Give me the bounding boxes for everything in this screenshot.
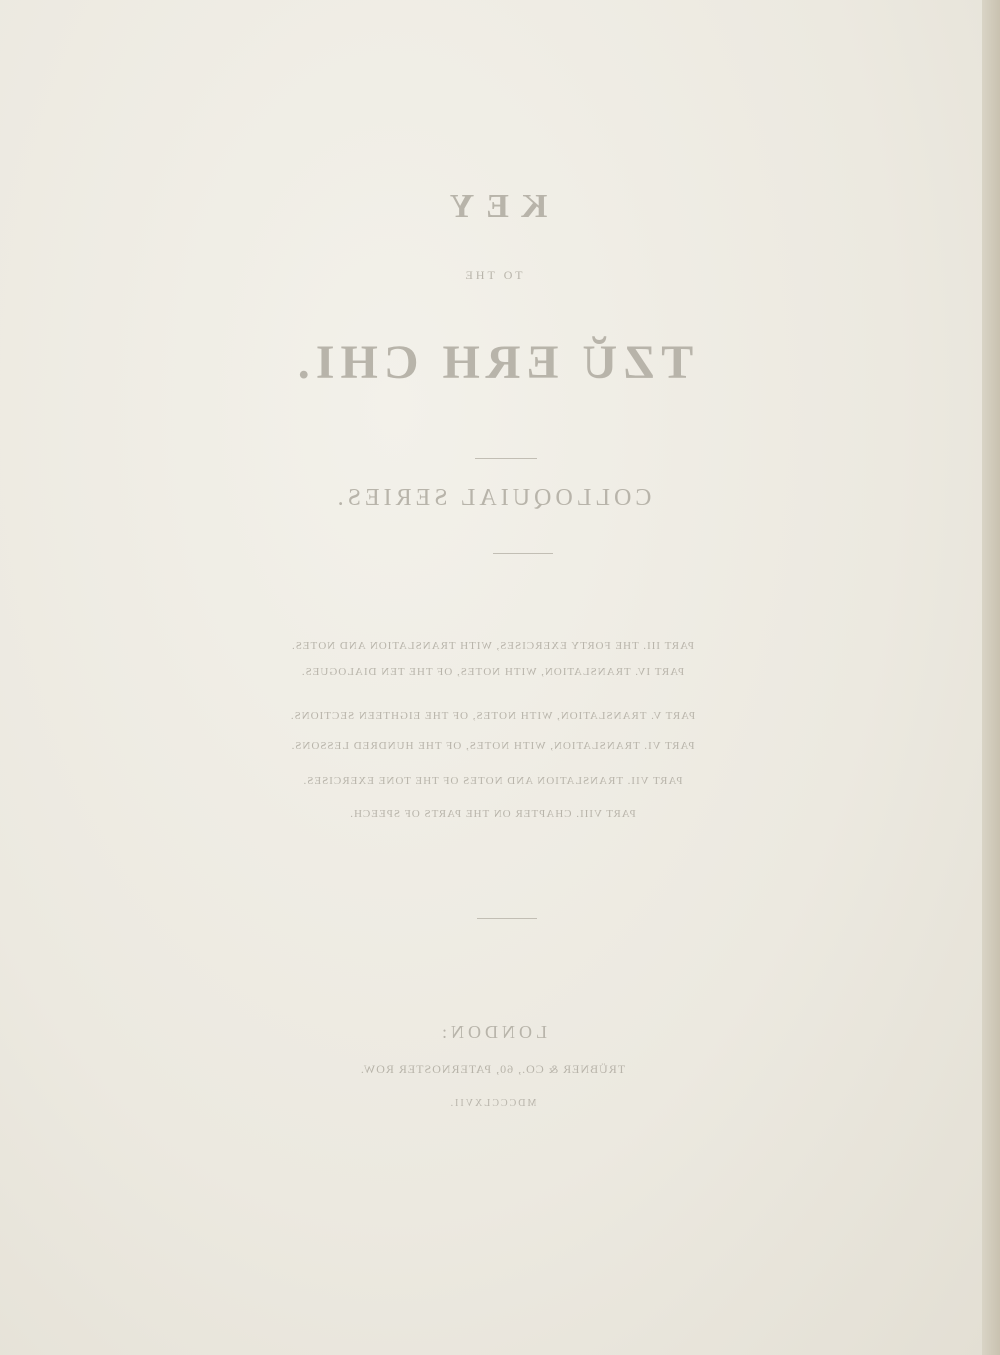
part-line: PART VII. TRANSLATION AND NOTES OF THE T… [0, 775, 985, 787]
divider [493, 553, 553, 554]
imprint-city: LONDON: [0, 1022, 985, 1043]
page-edge [982, 0, 1000, 1355]
title: TZŬ ERH CHI. [0, 335, 985, 390]
heading: KEY [0, 188, 985, 226]
series: COLLOQUIAL SERIES. [0, 485, 985, 512]
part-line: PART IV. TRANSLATION, WITH NOTES, OF THE… [0, 666, 985, 678]
part-line: PART VIII. CHAPTER ON THE PARTS OF SPEEC… [0, 808, 985, 820]
scanned-page: KEY TO THE TZŬ ERH CHI. COLLOQUIAL SERIE… [0, 0, 985, 1355]
divider [477, 918, 537, 919]
part-line: PART III. THE FORTY EXERCISES, WITH TRAN… [0, 640, 985, 652]
part-line: PART V. TRANSLATION, WITH NOTES, OF THE … [0, 710, 985, 722]
imprint-year: MDCCCLXVII. [0, 1098, 985, 1109]
imprint-publisher: TRÜBNER & CO., 60, PATERNOSTER ROW. [0, 1062, 985, 1077]
to-the: TO THE [0, 268, 985, 283]
part-line: PART VI. TRANSLATION, WITH NOTES, OF THE… [0, 740, 985, 752]
divider [475, 458, 537, 459]
